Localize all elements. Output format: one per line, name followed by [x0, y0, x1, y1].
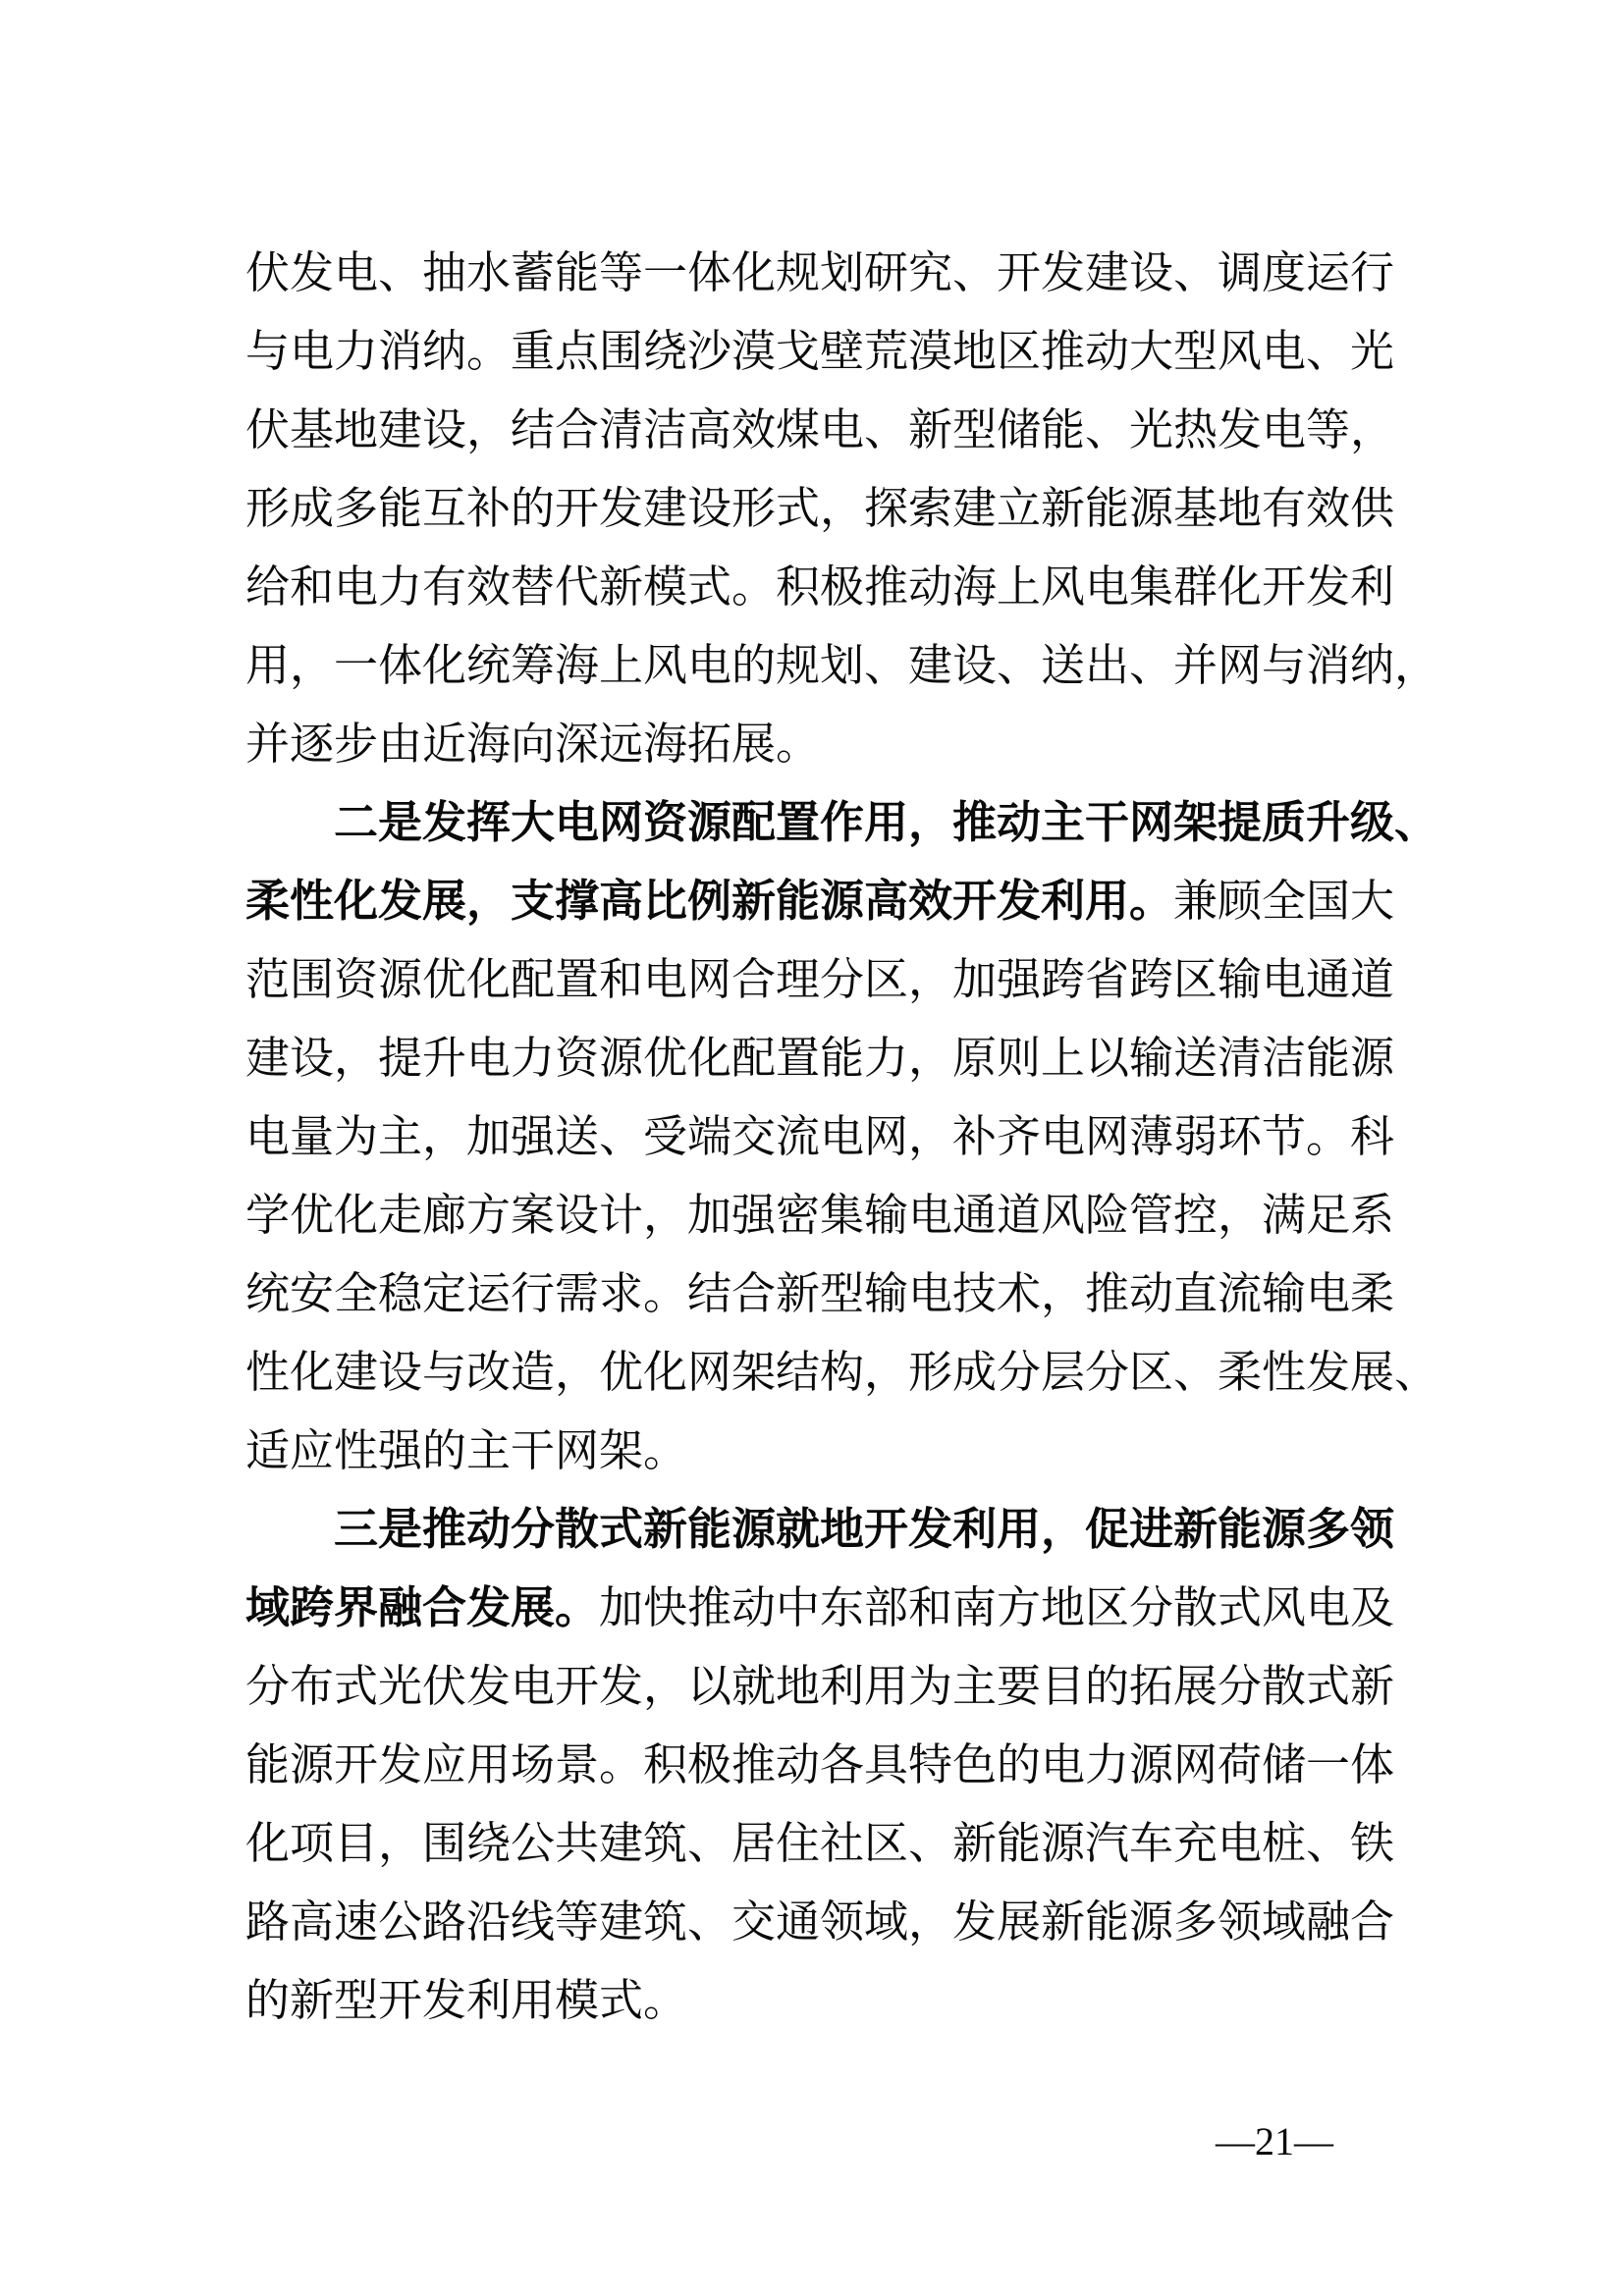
text-segment: 分布式光伏发电开发，以就地利用为主要目的拓展分散式新	[245, 1662, 1394, 1711]
text-segment: 并逐步由近海向深远海拓展。	[245, 720, 820, 769]
text-line: 伏基地建设，结合清洁高效煤电、新型储能、光热发电等，	[245, 391, 1394, 469]
text-segment: 给和电力有效替代新模式。积极推动海上风电集群化开发利	[245, 562, 1394, 612]
text-segment: 能源开发应用场景。积极推动各具特色的电力源网荷储一体	[245, 1740, 1394, 1789]
text-line: 性化建设与改造，优化网架结构，形成分层分区、柔性发展、	[245, 1333, 1394, 1412]
bold-text-segment: 三是推动分散式新能源就地开发利用，促进新能源多领	[334, 1504, 1394, 1554]
text-segment: 统安全稳定运行需求。结合新型输电技术，推动直流输电柔	[245, 1269, 1394, 1318]
document-text-block: 伏发电、抽水蓄能等一体化规划研究、开发建设、调度运行与电力消纳。重点围绕沙漠戈壁…	[245, 234, 1394, 2040]
text-line: 二是发挥大电网资源配置作用，推动主干网架提质升级、	[245, 783, 1394, 862]
text-segment: 范围资源优化配置和电网合理分区，加强跨省跨区输电通道	[245, 955, 1394, 1004]
text-line: 能源开发应用场景。积极推动各具特色的电力源网荷储一体	[245, 1726, 1394, 1804]
text-segment: 兼顾全国大	[1173, 877, 1394, 926]
text-line: 用，一体化统筹海上风电的规划、建设、送出、并网与消纳，	[245, 626, 1394, 705]
text-line: 伏发电、抽水蓄能等一体化规划研究、开发建设、调度运行	[245, 234, 1394, 312]
text-line: 化项目，围绕公共建筑、居住社区、新能源汽车充电桩、铁	[245, 1804, 1394, 1883]
text-segment: 的新型开发利用模式。	[245, 1976, 687, 2025]
text-line: 统安全稳定运行需求。结合新型输电技术，推动直流输电柔	[245, 1255, 1394, 1333]
text-segment: 与电力消纳。重点围绕沙漠戈壁荒漠地区推动大型风电、光	[245, 327, 1394, 376]
text-line: 的新型开发利用模式。	[245, 1961, 1394, 2040]
text-segment: 用，一体化统筹海上风电的规划、建设、送出、并网与消纳，	[245, 641, 1438, 690]
text-line: 路高速公路沿线等建筑、交通领域，发展新能源多领域融合	[245, 1883, 1394, 1961]
text-segment: 伏基地建设，结合清洁高效煤电、新型储能、光热发电等，	[245, 405, 1394, 454]
text-line: 柔性化发展，支撑高比例新能源高效开发利用。兼顾全国大	[245, 862, 1394, 940]
text-segment: 形成多能互补的开发建设形式，探索建立新能源基地有效供	[245, 484, 1394, 533]
text-line: 范围资源优化配置和电网合理分区，加强跨省跨区输电通道	[245, 940, 1394, 1019]
text-line: 给和电力有效替代新模式。积极推动海上风电集群化开发利	[245, 548, 1394, 626]
text-segment: 加快推动中东部和南方地区分散式风电及	[599, 1583, 1394, 1632]
text-segment: 化项目，围绕公共建筑、居住社区、新能源汽车充电桩、铁	[245, 1819, 1394, 1868]
text-segment: 电量为主，加强送、受端交流电网，补齐电网薄弱环节。科	[245, 1112, 1394, 1161]
text-line: 三是推动分散式新能源就地开发利用，促进新能源多领	[245, 1490, 1394, 1569]
text-line: 与电力消纳。重点围绕沙漠戈壁荒漠地区推动大型风电、光	[245, 312, 1394, 391]
bold-text-segment: 域跨界融合发展。	[245, 1582, 599, 1632]
text-line: 建设，提升电力资源优化配置能力，原则上以输送清洁能源	[245, 1019, 1394, 1097]
bold-text-segment: 柔性化发展，支撑高比例新能源高效开发利用。	[245, 876, 1173, 926]
text-segment: 学优化走廊方案设计，加强密集输电通道风险管控，满足系	[245, 1191, 1394, 1240]
bold-text-segment: 二是发挥大电网资源配置作用，推动主干网架提质升级、	[334, 797, 1438, 847]
text-segment: 适应性强的主干网架。	[245, 1426, 687, 1475]
text-line: 学优化走廊方案设计，加强密集输电通道风险管控，满足系	[245, 1176, 1394, 1255]
text-segment: 路高速公路沿线等建筑、交通领域，发展新能源多领域融合	[245, 1897, 1394, 1947]
text-line: 形成多能互补的开发建设形式，探索建立新能源基地有效供	[245, 469, 1394, 548]
text-line: 电量为主，加强送、受端交流电网，补齐电网薄弱环节。科	[245, 1097, 1394, 1176]
text-line: 分布式光伏发电开发，以就地利用为主要目的拓展分散式新	[245, 1647, 1394, 1726]
text-line: 适应性强的主干网架。	[245, 1412, 1394, 1490]
text-segment: 伏发电、抽水蓄能等一体化规划研究、开发建设、调度运行	[245, 248, 1394, 297]
text-segment: 建设，提升电力资源优化配置能力，原则上以输送清洁能源	[245, 1034, 1394, 1083]
text-segment: 性化建设与改造，优化网架结构，形成分层分区、柔性发展、	[245, 1348, 1438, 1397]
text-line: 域跨界融合发展。加快推动中东部和南方地区分散式风电及	[245, 1569, 1394, 1647]
page-number: —21—	[1216, 2120, 1333, 2163]
document-page: 伏发电、抽水蓄能等一体化规划研究、开发建设、调度运行与电力消纳。重点围绕沙漠戈壁…	[0, 0, 1624, 2296]
text-line: 并逐步由近海向深远海拓展。	[245, 705, 1394, 783]
